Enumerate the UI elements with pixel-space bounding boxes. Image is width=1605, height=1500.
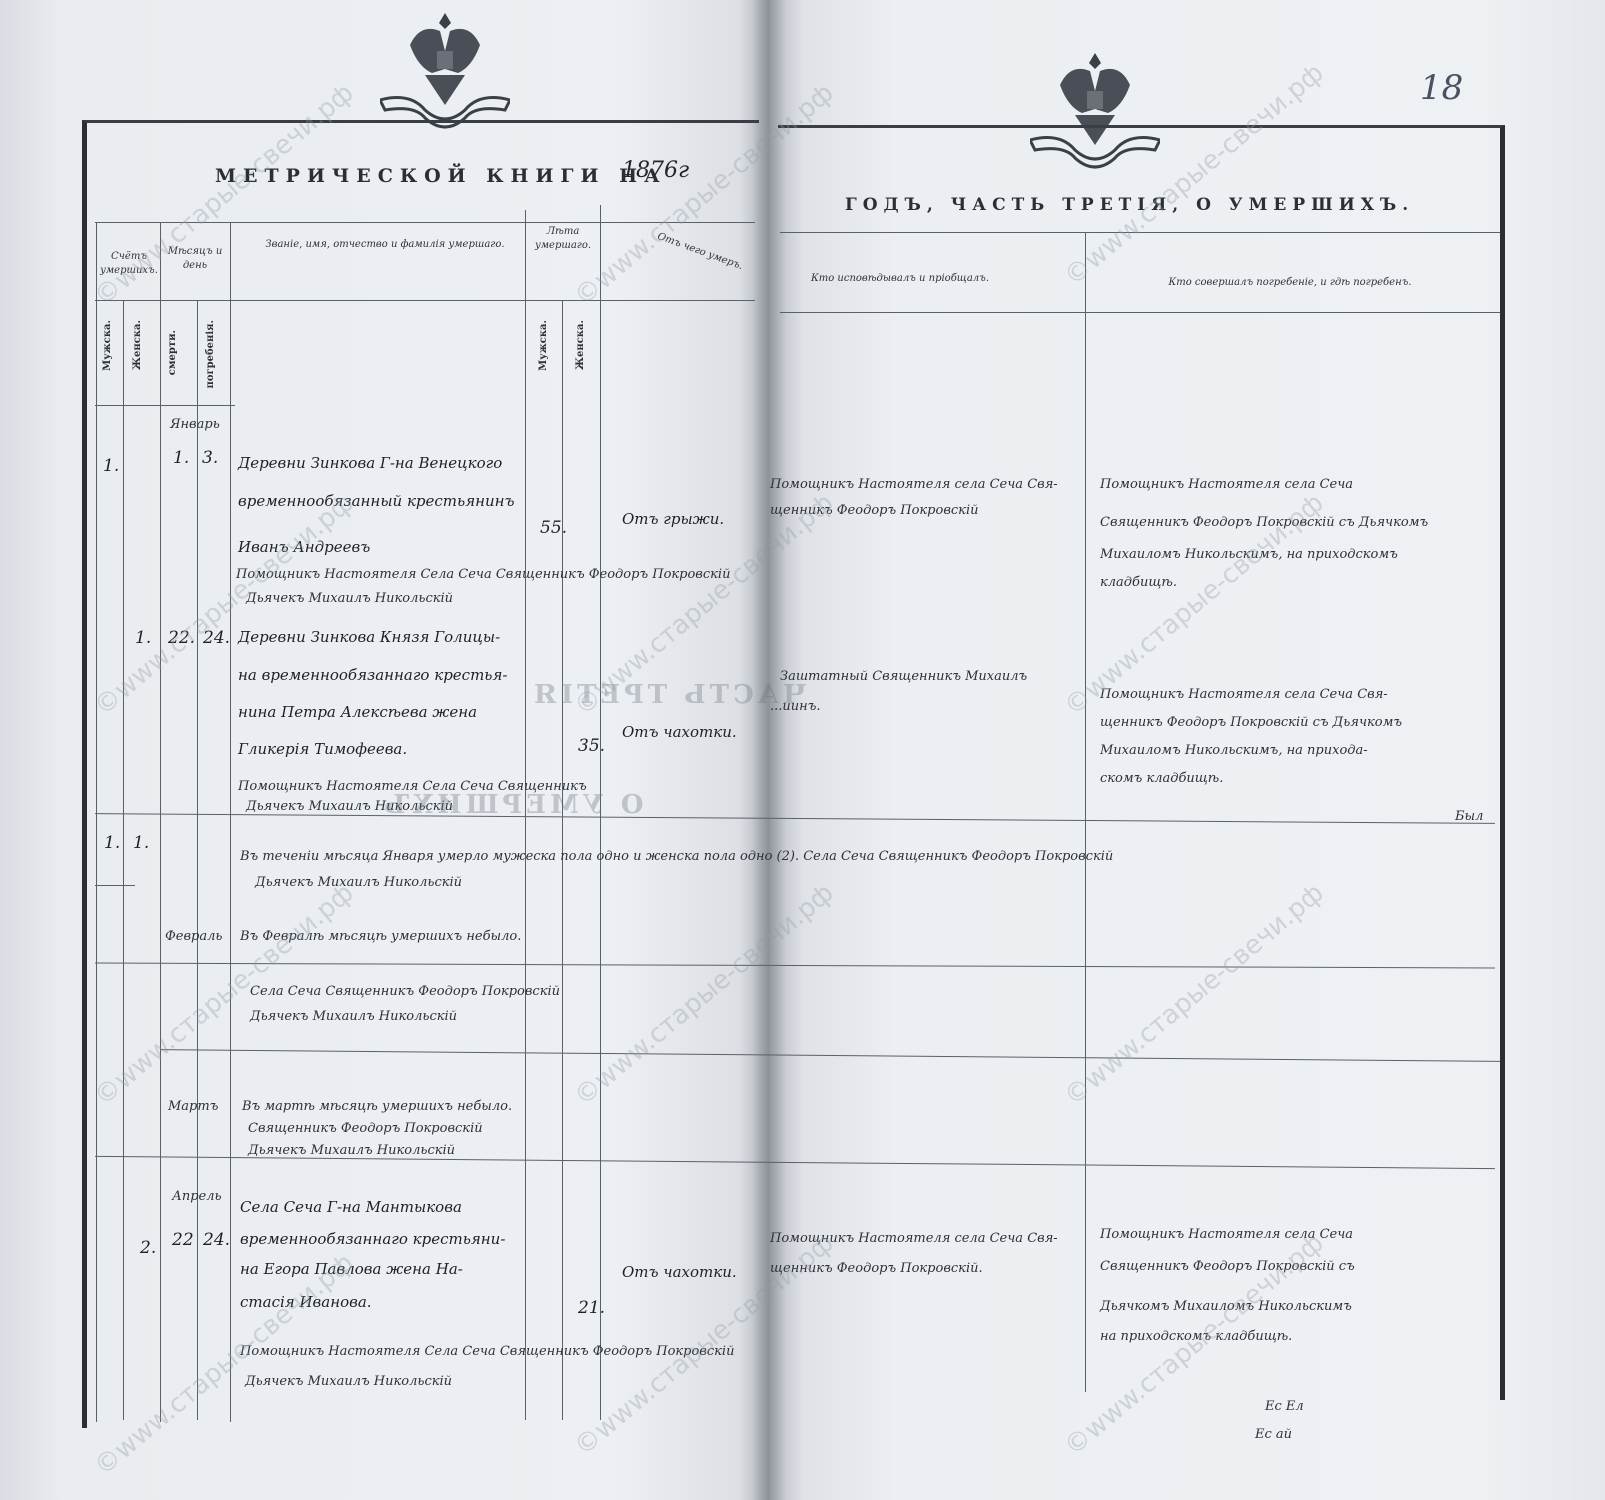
col-divider <box>197 300 198 1420</box>
entry-burial-line: щенникъ Феодоръ Покровскій съ Дьячкомъ <box>1100 716 1402 729</box>
entry-age-male: 55. <box>540 520 567 537</box>
margin-mark: Ес ай <box>1255 1428 1292 1441</box>
entry-signature: Дьячекъ Михаилъ Никольскій <box>245 1375 452 1388</box>
col-divider <box>96 222 97 1422</box>
summary-signature: Дьячекъ Михаилъ Никольскій <box>250 1010 457 1023</box>
entry-name-line: Деревни Зинкова Г-на Венецкого <box>238 456 502 471</box>
entry-name-line: Гликерія Тимофеева. <box>238 742 407 757</box>
header-mid-rule-right <box>780 312 1500 313</box>
col-header-date: Мѣсяцъ и день <box>162 245 228 272</box>
col-header-age: Лѣта умершаго. <box>527 225 599 252</box>
entry-confessor-line: Помощникъ Настоятеля села Сеча Свя- <box>770 1232 1058 1245</box>
entry-confessor-line: щенникъ Феодоръ Покровскій <box>770 504 978 517</box>
entry-burial-line: скомъ кладбищѣ. <box>1100 772 1223 785</box>
col-subheader-age-male: Мужска. <box>538 320 549 371</box>
col-header-confessor: Кто исповѣдывалъ и пріобщалъ. <box>800 272 1000 286</box>
entry-cause: Отъ грыжи. <box>622 512 724 527</box>
margin-mark: Ес Ел <box>1265 1400 1304 1413</box>
entry-age-female: 35. <box>578 738 605 755</box>
summary-text: Въ Февралѣ мѣсяцѣ умершихъ небыло. <box>240 930 521 943</box>
entry-burial-line: Помощникъ Настоятеля села Сеча <box>1100 1228 1353 1241</box>
summary-month: Февраль <box>165 930 222 943</box>
entry-confessor-line: Помощникъ Настоятеля села Сеча Свя- <box>770 478 1058 491</box>
entry-burial-line: Михаиломъ Никольскимъ, на прихода- <box>1100 744 1368 757</box>
right-table-frame <box>778 125 1505 1400</box>
book-title-right: ГОДЪ, ЧАСТЬ ТРЕТІЯ, О УМЕРШИХЪ. <box>845 195 1414 215</box>
subheader-rule <box>95 405 235 406</box>
entry-count-male: 1. <box>103 458 119 475</box>
header-top-rule <box>95 222 755 223</box>
entry-name-line: на Егора Павлова жена На- <box>240 1262 463 1277</box>
entry-confessor-line: щенникъ Феодоръ Покровскій. <box>770 1262 983 1275</box>
entry-name-line: Иванъ Андреевъ <box>238 540 370 555</box>
header-top-rule-right <box>780 232 1500 233</box>
entry-death-day: 22. <box>168 630 195 647</box>
entry-name-line: на временнообязаннаго крестья- <box>238 668 507 683</box>
col-subheader-count-female: Женска. <box>132 320 143 370</box>
bleed-through-text: О УМЕРШИХЪ <box>380 790 644 820</box>
entry-name-line: временнообязанный крестьянинъ <box>238 494 515 509</box>
double-headed-eagle-icon <box>380 5 510 130</box>
bleed-through-text: ЧАСТЬ ТРЕТІЯ <box>530 680 807 710</box>
margin-mark: Был <box>1455 810 1483 823</box>
entry-burial-line: Помощникъ Настоятеля села Сеча Свя- <box>1100 688 1388 701</box>
entry-signature: Помощникъ Настоятеля Села Сеча Священник… <box>236 568 730 581</box>
entry-month: Январь <box>170 418 220 431</box>
col-header-burial: Кто совершалъ погребеніе, и гдѣ погребен… <box>1130 276 1450 290</box>
col-divider <box>123 300 124 1420</box>
entry-name-line: стасія Иванова. <box>240 1295 372 1310</box>
col-subheader-burial: погребенія. <box>205 320 216 389</box>
entry-name-line: Села Сеча Г-на Мантыкова <box>240 1200 462 1215</box>
summary-month: Мартъ <box>168 1100 218 1113</box>
year-handwritten: 1876г <box>622 158 689 183</box>
col-header-count: Счётъ умершихъ. <box>100 250 158 277</box>
entry-cause: Отъ чахотки. <box>622 725 737 740</box>
col-divider <box>1085 232 1086 1392</box>
col-divider <box>230 222 231 1422</box>
summary-text: Въ теченіи мѣсяца Января умерло мужеска … <box>240 850 1113 863</box>
entry-burial-line: Дьячкомъ Михаиломъ Никольскимъ <box>1100 1300 1352 1313</box>
col-subheader-age-female: Женска. <box>575 320 586 370</box>
entry-confessor-line: Заштатный Священникъ Михаилъ <box>780 670 1027 683</box>
entry-burial-line: Священникъ Феодоръ Покровскій съ <box>1100 1260 1355 1273</box>
entry-burial-day: 3. <box>202 450 218 467</box>
entry-burial-line: Михаиломъ Никольскимъ, на приходскомъ <box>1100 548 1398 561</box>
entry-month: Апрель <box>172 1190 222 1203</box>
entry-burial-line: Помощникъ Настоятеля села Сеча <box>1100 478 1353 491</box>
folio-number: 18 <box>1420 68 1463 108</box>
entry-burial-day: 24. <box>203 630 230 647</box>
entry-burial-day: 24. <box>203 1232 230 1249</box>
col-divider <box>160 222 161 1422</box>
ledger-spread: МЕТРИЧЕСКОЙ КНИГИ НА 1876г ГОДЪ, ЧАСТЬ Т… <box>0 0 1605 1500</box>
header-mid-rule <box>95 300 755 301</box>
entry-burial-line: кладбищѣ. <box>1100 576 1177 589</box>
entry-name-line: Деревни Зинкова Князя Голицы- <box>238 630 500 645</box>
entry-signature: Дьячекъ Михаилъ Никольскій <box>246 592 453 605</box>
entry-count-female: 2. <box>140 1240 156 1257</box>
entry-cause: Отъ чахотки. <box>622 1265 737 1280</box>
entry-death-day: 1. <box>173 450 189 467</box>
col-subheader-count-male: Мужска. <box>102 320 113 371</box>
summary-signature: Села Сеча Священникъ Феодоръ Покровскій <box>250 985 560 998</box>
entry-death-day: 22 <box>172 1232 194 1249</box>
entry-count-female: 1. <box>135 630 151 647</box>
summary-signature: Священникъ Феодоръ Покровскій <box>248 1122 483 1135</box>
summary-signature: Дьячекъ Михаилъ Никольскій <box>248 1144 455 1157</box>
summary-count-female: 1. <box>133 835 149 852</box>
summary-text: Въ мартѣ мѣсяцѣ умершихъ небыло. <box>242 1100 512 1113</box>
entry-burial-line: Священникъ Феодоръ Покровскій съ Дьячком… <box>1100 516 1428 529</box>
entry-name-line: временнообязаннаго крестьяни- <box>240 1232 505 1247</box>
entry-signature: Помощникъ Настоятеля Села Сеча Священник… <box>240 1345 734 1358</box>
summary-signature: Дьячекъ Михаилъ Никольскій <box>255 876 462 889</box>
summary-count-male: 1. <box>104 835 120 852</box>
entry-burial-line: на приходскомъ кладбищѣ. <box>1100 1330 1292 1343</box>
row-rule <box>95 885 135 886</box>
book-title-left: МЕТРИЧЕСКОЙ КНИГИ НА <box>215 165 667 187</box>
col-header-name: Званіе, имя, отчество и фамилія умершаго… <box>260 238 510 252</box>
entry-age-female: 21. <box>578 1300 605 1317</box>
col-subheader-death: смерти. <box>167 330 178 375</box>
entry-name-line: нина Петра Алексѣева жена <box>238 705 477 720</box>
